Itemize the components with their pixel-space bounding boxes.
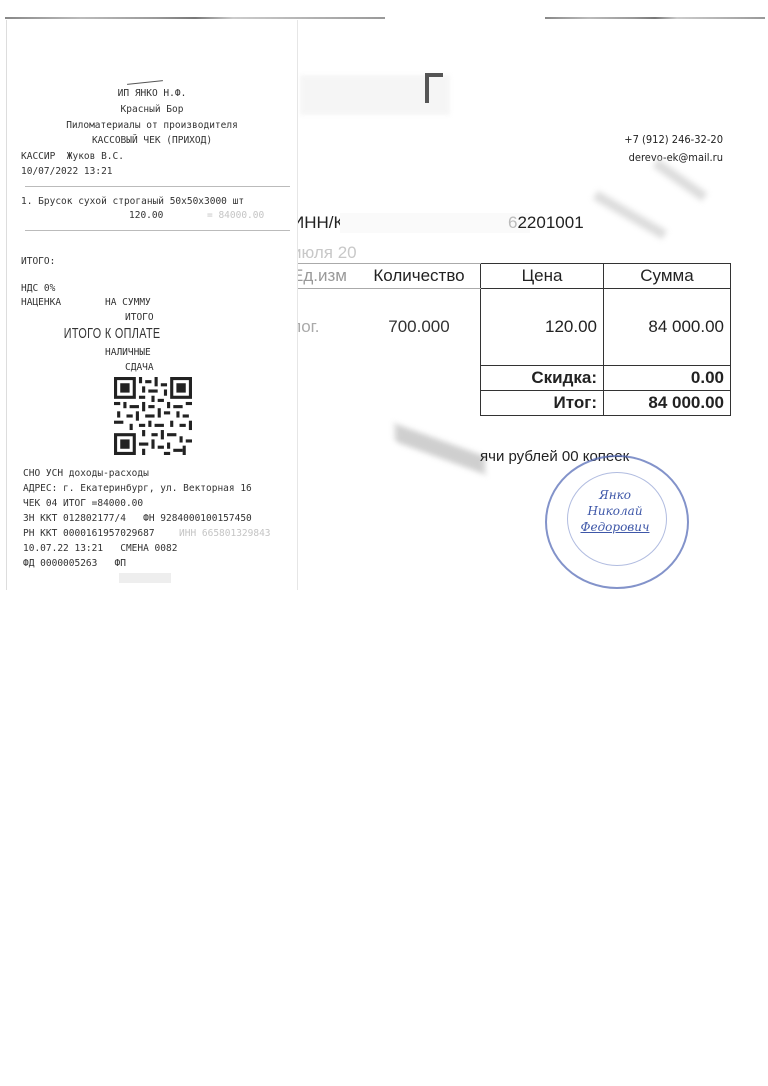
- receipt-address: АДРЕС: г. Екатеринбург, ул. Векторная 16: [23, 483, 252, 494]
- divider: [25, 186, 290, 187]
- seal-line-1: Янко: [575, 487, 655, 503]
- receipt-itogo: ИТОГО: [125, 312, 154, 323]
- cell-sum: 84 000.00: [604, 289, 731, 366]
- redacted-area: [119, 573, 171, 583]
- discount-label: Скидка:: [481, 366, 604, 391]
- logo-mark-icon: [425, 73, 443, 103]
- receipt-tax-system: СНО УСН доходы-расходы: [23, 468, 149, 479]
- date-text: июля 20: [292, 243, 357, 262]
- invoice-date: июля 20: [292, 243, 357, 263]
- receipt-item-price: 120.00: [129, 210, 163, 221]
- receipt-shift: 10.07.22 13:21 СМЕНА 0082: [23, 543, 177, 554]
- receipt-total-label: ИТОГО:: [21, 256, 55, 267]
- receipt-seller: ИП ЯНКО Н.Ф.: [7, 88, 297, 99]
- total-row: Итог: 84 000.00: [286, 391, 731, 416]
- inn-suffix-text: 2201001: [517, 213, 583, 232]
- cash-receipt: ИП ЯНКО Н.Ф. Красный Бор Пиломатериалы о…: [6, 20, 298, 590]
- receipt-datetime: 10/07/2022 13:21: [21, 166, 113, 177]
- inn-suffix: 62201001: [508, 213, 584, 233]
- scan-smudge: [395, 424, 485, 475]
- seal-line-2: Николай: [575, 503, 655, 519]
- discount-row: Скидка: 0.00: [286, 366, 731, 391]
- table-row: пог. 700.000 120.00 84 000.00: [286, 289, 731, 366]
- invoice-contacts: +7 (912) 246-32-20 derevo-ek@mail.ru: [605, 131, 723, 167]
- receipt-on-sum: НА СУММУ: [105, 297, 151, 308]
- phone: +7 (912) 246-32-20: [605, 131, 723, 149]
- inn-line: ИНН/К: [292, 213, 343, 233]
- receipt-shop: Красный Бор: [7, 104, 297, 115]
- signature-stroke: [127, 80, 163, 85]
- cell-qty: 700.000: [358, 289, 481, 366]
- scan-edge: [5, 17, 385, 19]
- receipt-markup: НАЦЕНКА: [21, 297, 61, 308]
- receipt-cash: НАЛИЧНЫЕ: [105, 347, 151, 358]
- table-header: Ед.изм Количество Цена Сумма: [286, 264, 731, 289]
- total-value: 84 000.00: [604, 391, 731, 416]
- receipt-item-sum: = 84000.00: [207, 210, 264, 221]
- receipt-item: 1. Брусок сухой строганый 50х50х3000 шт: [21, 196, 244, 207]
- header-sum: Сумма: [604, 264, 731, 289]
- inn-prefix: ИНН/К: [292, 213, 343, 232]
- invoice-table: Ед.изм Количество Цена Сумма пог. 700.00…: [286, 263, 731, 416]
- divider: [25, 230, 290, 231]
- receipt-cashier: КАССИР Жуков В.С.: [21, 151, 124, 162]
- redacted-area: [340, 213, 530, 233]
- receipt-tagline: Пиломатериалы от производителя: [7, 120, 297, 131]
- qr-code-icon: [114, 377, 192, 455]
- receipt-zn-kkt: ЗН ККТ 012802177/4 ФН 9284000100157450: [23, 513, 252, 524]
- total-label: Итог:: [481, 391, 604, 416]
- seal-text: Янко Николай Федорович: [575, 487, 655, 535]
- receipt-fd: ФД 0000005263 ФП: [23, 558, 126, 569]
- receipt-rn-kkt: РН ККТ 0000161957029687: [23, 528, 155, 539]
- receipt-change: СДАЧА: [125, 362, 154, 373]
- receipt-inn: ИНН 665801329843: [179, 528, 271, 539]
- receipt-check-total: ЧЕК 04 ИТОГ =84000.00: [23, 498, 143, 509]
- receipt-to-pay: ИТОГО К ОПЛАТЕ: [64, 325, 150, 342]
- cell-price: 120.00: [481, 289, 604, 366]
- scan-edge: [545, 17, 765, 19]
- discount-value: 0.00: [604, 366, 731, 391]
- scan-smudge: [593, 191, 667, 240]
- header-price: Цена: [481, 264, 604, 289]
- receipt-doc-type: КАССОВЫЙ ЧЕК (ПРИХОД): [7, 135, 297, 146]
- seal-line-3: Федорович: [575, 519, 655, 535]
- receipt-vat: НДС 0%: [21, 283, 55, 294]
- header-qty: Количество: [358, 264, 481, 289]
